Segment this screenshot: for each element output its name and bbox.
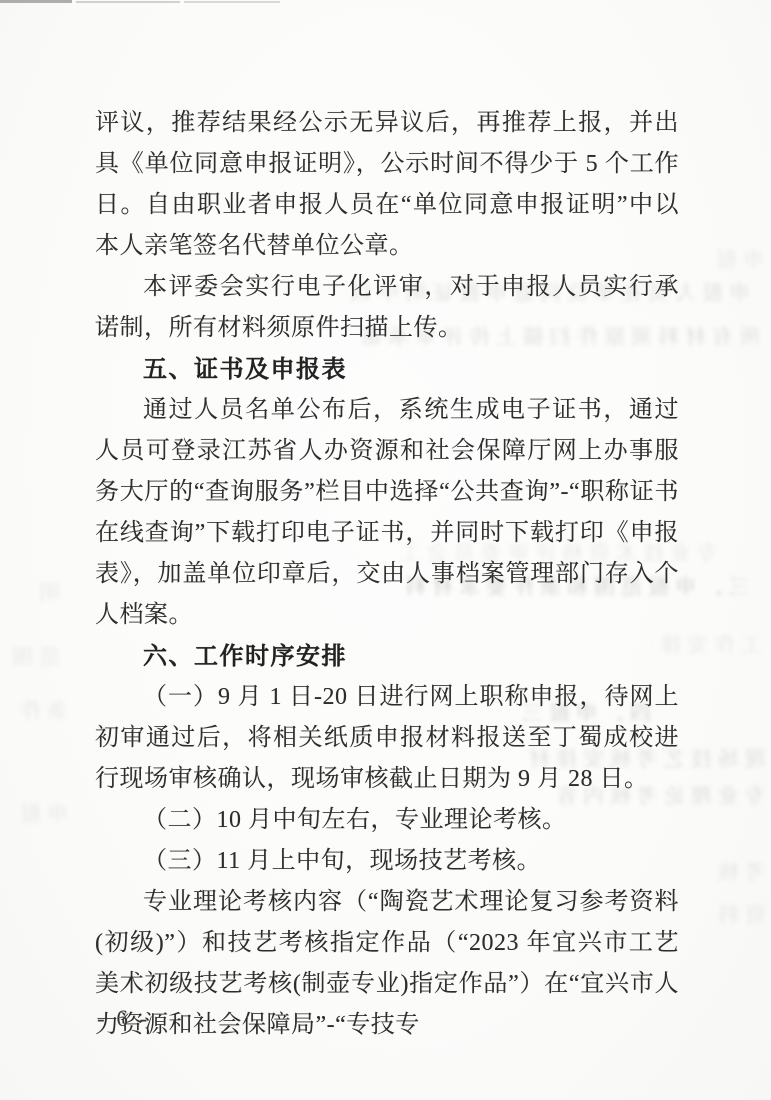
paragraph: 专业理论考核内容（“陶瓷艺术理论复习参考资料(初级)”）和技艺考核指定作品（“2…	[95, 882, 679, 1046]
paragraph: 通过人员名单公布后，系统生成电子证书，通过人员可登录江苏省人办资源和社会保障厅网…	[95, 390, 679, 636]
paragraph: （二）10 月中旬左右，专业理论考核。	[95, 800, 679, 841]
bleedthrough-artifact: 明	[8, 577, 60, 604]
paragraph: 本评委会实行电子化评审，对于申报人员实行承诺制，所有材料须原件扫描上传。	[95, 267, 679, 349]
section-heading: 六、工作时序安排	[95, 636, 679, 677]
bleedthrough-artifact: 范围	[10, 641, 60, 668]
bleedthrough-artifact: 申报	[686, 244, 764, 271]
page-number: - 6 -	[97, 1006, 150, 1032]
bleedthrough-artifact: 考核	[686, 856, 766, 883]
document-page: 申报人员在单位同意申报证明中以 所有材料须原件扫描上传评审承诺 专业技术资格评审…	[0, 0, 771, 1100]
bleedthrough-artifact: 申报	[16, 798, 68, 825]
bleedthrough-artifact: 条件	[14, 695, 68, 722]
section-heading: 五、证书及申报表	[95, 349, 679, 390]
bleedthrough-artifact: 资料	[686, 899, 766, 926]
paragraph: 评议，推荐结果经公示无异议后，再推荐上报，并出具《单位同意申报证明》，公示时间不…	[95, 103, 679, 267]
scan-edge-artifact	[76, 1, 180, 3]
paragraph: （三）11 月上中旬，现场技艺考核。	[95, 841, 679, 882]
document-body: 评议，推荐结果经公示无异议后，再推荐上报，并出具《单位同意申报证明》，公示时间不…	[95, 103, 679, 1046]
scan-edge-artifact	[184, 1, 280, 3]
scan-edge-artifact	[0, 0, 72, 3]
paragraph: （一）9 月 1 日-20 日进行网上职称申报，待网上初审通过后，将相关纸质申报…	[95, 677, 679, 800]
